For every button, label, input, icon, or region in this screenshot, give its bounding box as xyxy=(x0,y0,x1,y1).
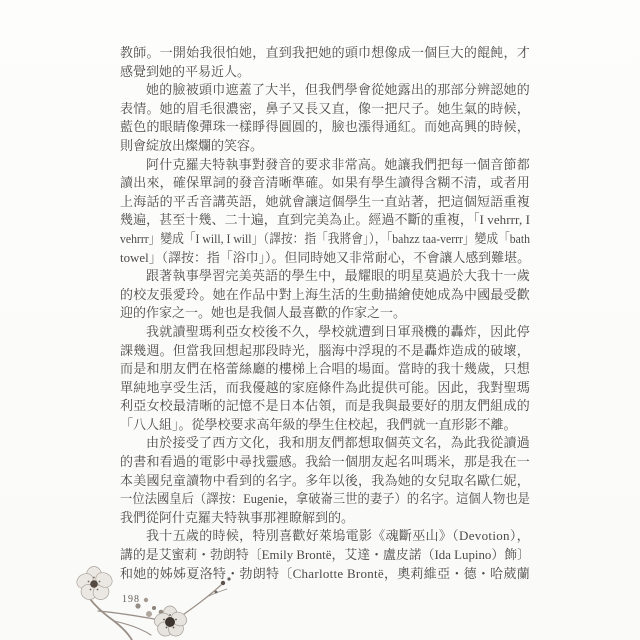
text-line: 單純地享受生活，而我優越的家庭條件為此提供可能。因此，我對聖瑪 xyxy=(120,379,530,398)
text-line: 阿什克羅夫特執事對發音的要求非常高。她讓我們把每一個音節都 xyxy=(120,156,530,175)
text-line: 「八人組」。從學校要求高年級的學生住校起，我們就一直形影不離。 xyxy=(120,416,530,435)
text-block: 教師。一開始我很怕她，直到我把她的頭巾想像成一個巨大的餛飩，才感覺到她的平易近人… xyxy=(120,44,530,583)
text-line: 利亞女校最清晰的記憶不是日本佔領，而是我與最要好的朋友們組成的 xyxy=(120,397,530,416)
text-line: 而是和朋友們在格蕾絲廳的樓梯上合唱的場面。當時的我十幾歲，只想 xyxy=(120,360,530,379)
text-line: 一位法國皇后（譯按：Eugenie，拿破崙三世的妻子）的名字。這個人物也是 xyxy=(120,490,530,509)
text-line: 上海話的平舌音講英語，她就會讓這個學生一直站著，把這個短語重複 xyxy=(120,193,530,212)
text-line: towel」（譯按：指「浴巾」）。但同時她又非常耐心，不會讓人感到難堪。 xyxy=(120,249,530,268)
text-line: 藍色的眼睛像彈珠一樣睜得圓圓的，臉也漲得通紅。而她高興的時候， xyxy=(120,118,530,137)
text-line: 幾遍，甚至十幾、二十遍，直到完美為止。經過不斷的重複，「I vehrrr, I xyxy=(120,211,530,230)
plum-blossom-decoration xyxy=(18,540,258,640)
text-line: 跟著執事學習完美英語的學生中，最耀眼的明星莫過於大我十一歲 xyxy=(120,267,530,286)
text-line: 表情。她的眉毛很濃密，鼻子又長又直，像一把尺子。她生氣的時候， xyxy=(120,100,530,119)
flower-buds xyxy=(135,577,230,617)
book-page: 教師。一開始我很怕她，直到我把她的頭巾想像成一個巨大的餛飩，才感覺到她的平易近人… xyxy=(0,0,640,640)
text-line: 本美國兒童讀物中看到的名字。多年以後，我為她的女兒取名歐仁妮， xyxy=(120,472,530,491)
plum-blossom-b xyxy=(152,606,189,639)
text-line: 我就讀聖瑪利亞女校後不久，學校就遭到日軍飛機的轟炸，因此停 xyxy=(120,323,530,342)
text-line: 的校友張愛玲。她在作品中對上海生活的生動描繪使她成為中國最受歡 xyxy=(120,286,530,305)
text-line: 教師。一開始我很怕她，直到我把她的頭巾想像成一個巨大的餛飩，才 xyxy=(120,44,530,63)
text-line: 我們從阿什克羅夫特執事那裡瞭解到的。 xyxy=(120,509,530,528)
text-line: 由於接受了西方文化，我和朋友們都想取個英文名，為此我從讀過 xyxy=(120,434,530,453)
text-line: 感覺到她的平易近人。 xyxy=(120,63,530,82)
plum-blossom-a xyxy=(74,567,115,603)
text-line: vehrrr」變成「I will, I will」（譯按：指「我將會」），「ba… xyxy=(120,230,530,249)
text-line: 的書和看過的電影中尋找靈感。我給一個朋友起名叫瑪米，那是我在一 xyxy=(120,453,530,472)
text-line: 則會綻放出燦爛的笑容。 xyxy=(120,137,530,156)
text-line: 讀出來，確保單詞的發音清晰準確。如果有學生讀得含糊不清，或者用 xyxy=(120,174,530,193)
text-line: 課幾週。但當我回想起那段時光，腦海中浮現的不是轟炸造成的破壞， xyxy=(120,342,530,361)
text-line: 迎的作家之一。她也是我個人最喜歡的作家之一。 xyxy=(120,304,530,323)
text-line: 她的臉被頭巾遮蓋了大半，但我們學會從她露出的那部分辨認她的 xyxy=(120,81,530,100)
